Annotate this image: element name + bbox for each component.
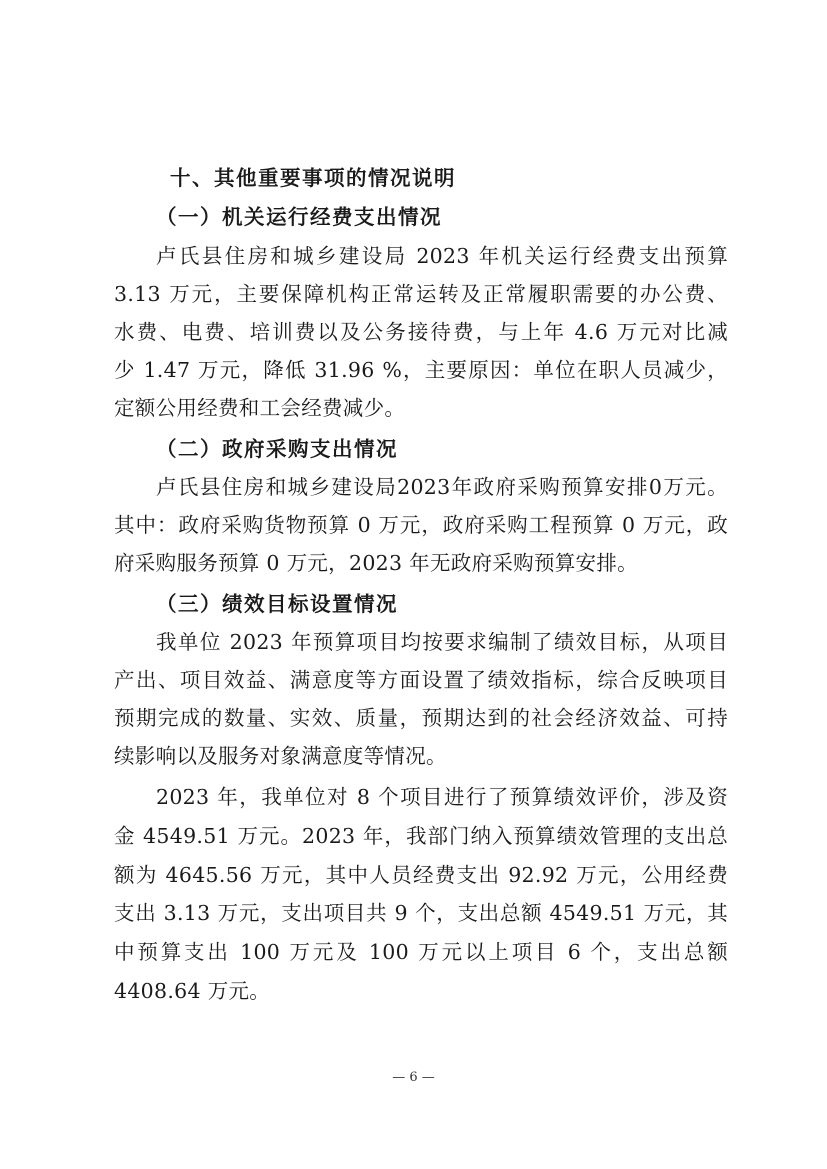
section-title: 十、其他重要事项的情况说明	[170, 164, 456, 192]
paragraph-line: 2023 年，我单位对 8 个项目进行了预算绩效评价，涉及资	[156, 783, 728, 811]
subsection-title-3: （三）绩效目标设置情况	[156, 590, 398, 618]
paragraph-line: 水费、电费、培训费以及公务接待费，与上年 4.6 万元对比减	[114, 318, 728, 346]
paragraph-line: 4408.64 万元。	[114, 977, 270, 1005]
paragraph-line: 卢氏县住房和城乡建设局2023年政府采购预算安排0万元。	[156, 473, 728, 501]
paragraph-line: 续影响以及服务对象满意度等情况。	[114, 742, 447, 770]
paragraph-line: 卢氏县住房和城乡建设局 2023 年机关运行经费支出预算	[156, 242, 728, 270]
paragraph-line: 府采购服务预算 0 万元，2023 年无政府采购预算安排。	[114, 549, 638, 577]
document-page: 十、其他重要事项的情况说明 （一）机关运行经费支出情况 卢氏县住房和城乡建设局 …	[0, 0, 827, 1169]
paragraph-line: 我单位 2023 年预算项目均按要求编制了绩效目标，从项目	[156, 628, 728, 656]
paragraph-line: 支出 3.13 万元，支出项目共 9 个，支出总额 4549.51 万元，其	[114, 899, 728, 927]
subsection-title-1: （一）机关运行经费支出情况	[156, 203, 442, 231]
paragraph-line: 产出、项目效益、满意度等方面设置了绩效指标，综合反映项目	[114, 666, 728, 694]
paragraph-line: 中预算支出 100 万元及 100 万元以上项目 6 个，支出总额	[114, 938, 728, 966]
paragraph-line: 定额公用经费和工会经费减少。	[114, 394, 405, 422]
paragraph-line: 预期完成的数量、实效、质量，预期达到的社会经济效益、可持	[114, 704, 728, 732]
paragraph-line: 3.13 万元，主要保障机构正常运转及正常履职需要的办公费、	[114, 280, 728, 308]
paragraph-line: 金 4549.51 万元。2023 年，我部门纳入预算绩效管理的支出总	[114, 822, 728, 850]
paragraph-line: 少 1.47 万元，降低 31.96 %，主要原因：单位在职人员减少，	[114, 356, 728, 384]
subsection-title-2: （二）政府采购支出情况	[156, 435, 398, 463]
paragraph-line: 额为 4645.56 万元，其中人员经费支出 92.92 万元，公用经费	[114, 861, 728, 889]
paragraph-line: 其中：政府采购货物预算 0 万元，政府采购工程预算 0 万元，政	[114, 511, 728, 539]
page-number: — 6 —	[0, 1070, 827, 1085]
